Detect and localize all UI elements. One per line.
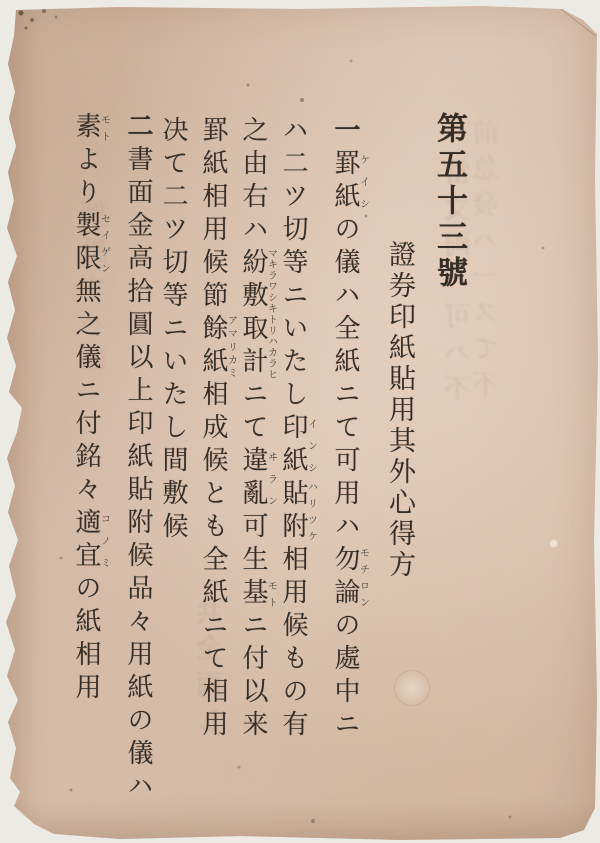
clause-item-1: 一罫紙ケイシの儀ハ全紙ニて可用ハ勿論モチロンの處中ニハ二ツ切等ニいたし印紙インシ…: [153, 116, 368, 756]
paper-stain: [550, 540, 557, 547]
corner-crease: [557, 6, 595, 36]
clause-item-2: 二書面金高拾圓以上印紙貼附候品々用紙の儀ハ素モトより製限セイゲン無之儀ニ付銘々適…: [66, 112, 158, 812]
page-title: 第五十三號: [427, 112, 472, 292]
ink-specks: [0, 0, 2, 2]
bleedthrough-column: 前急發ハ一スて不: [474, 118, 504, 718]
scan-background: 當文両ハ可ハ不 前急發ハ一スて不 共金両し 例紙すハ面 第五十三號 證券印紙貼用…: [0, 0, 600, 843]
paper-sheet: 當文両ハ可ハ不 前急發ハ一スて不 共金両し 例紙すハ面 第五十三號 證券印紙貼用…: [0, 0, 600, 843]
paper-stain: [394, 670, 430, 706]
section-heading: 證券印紙貼用其外心得方: [380, 240, 419, 581]
